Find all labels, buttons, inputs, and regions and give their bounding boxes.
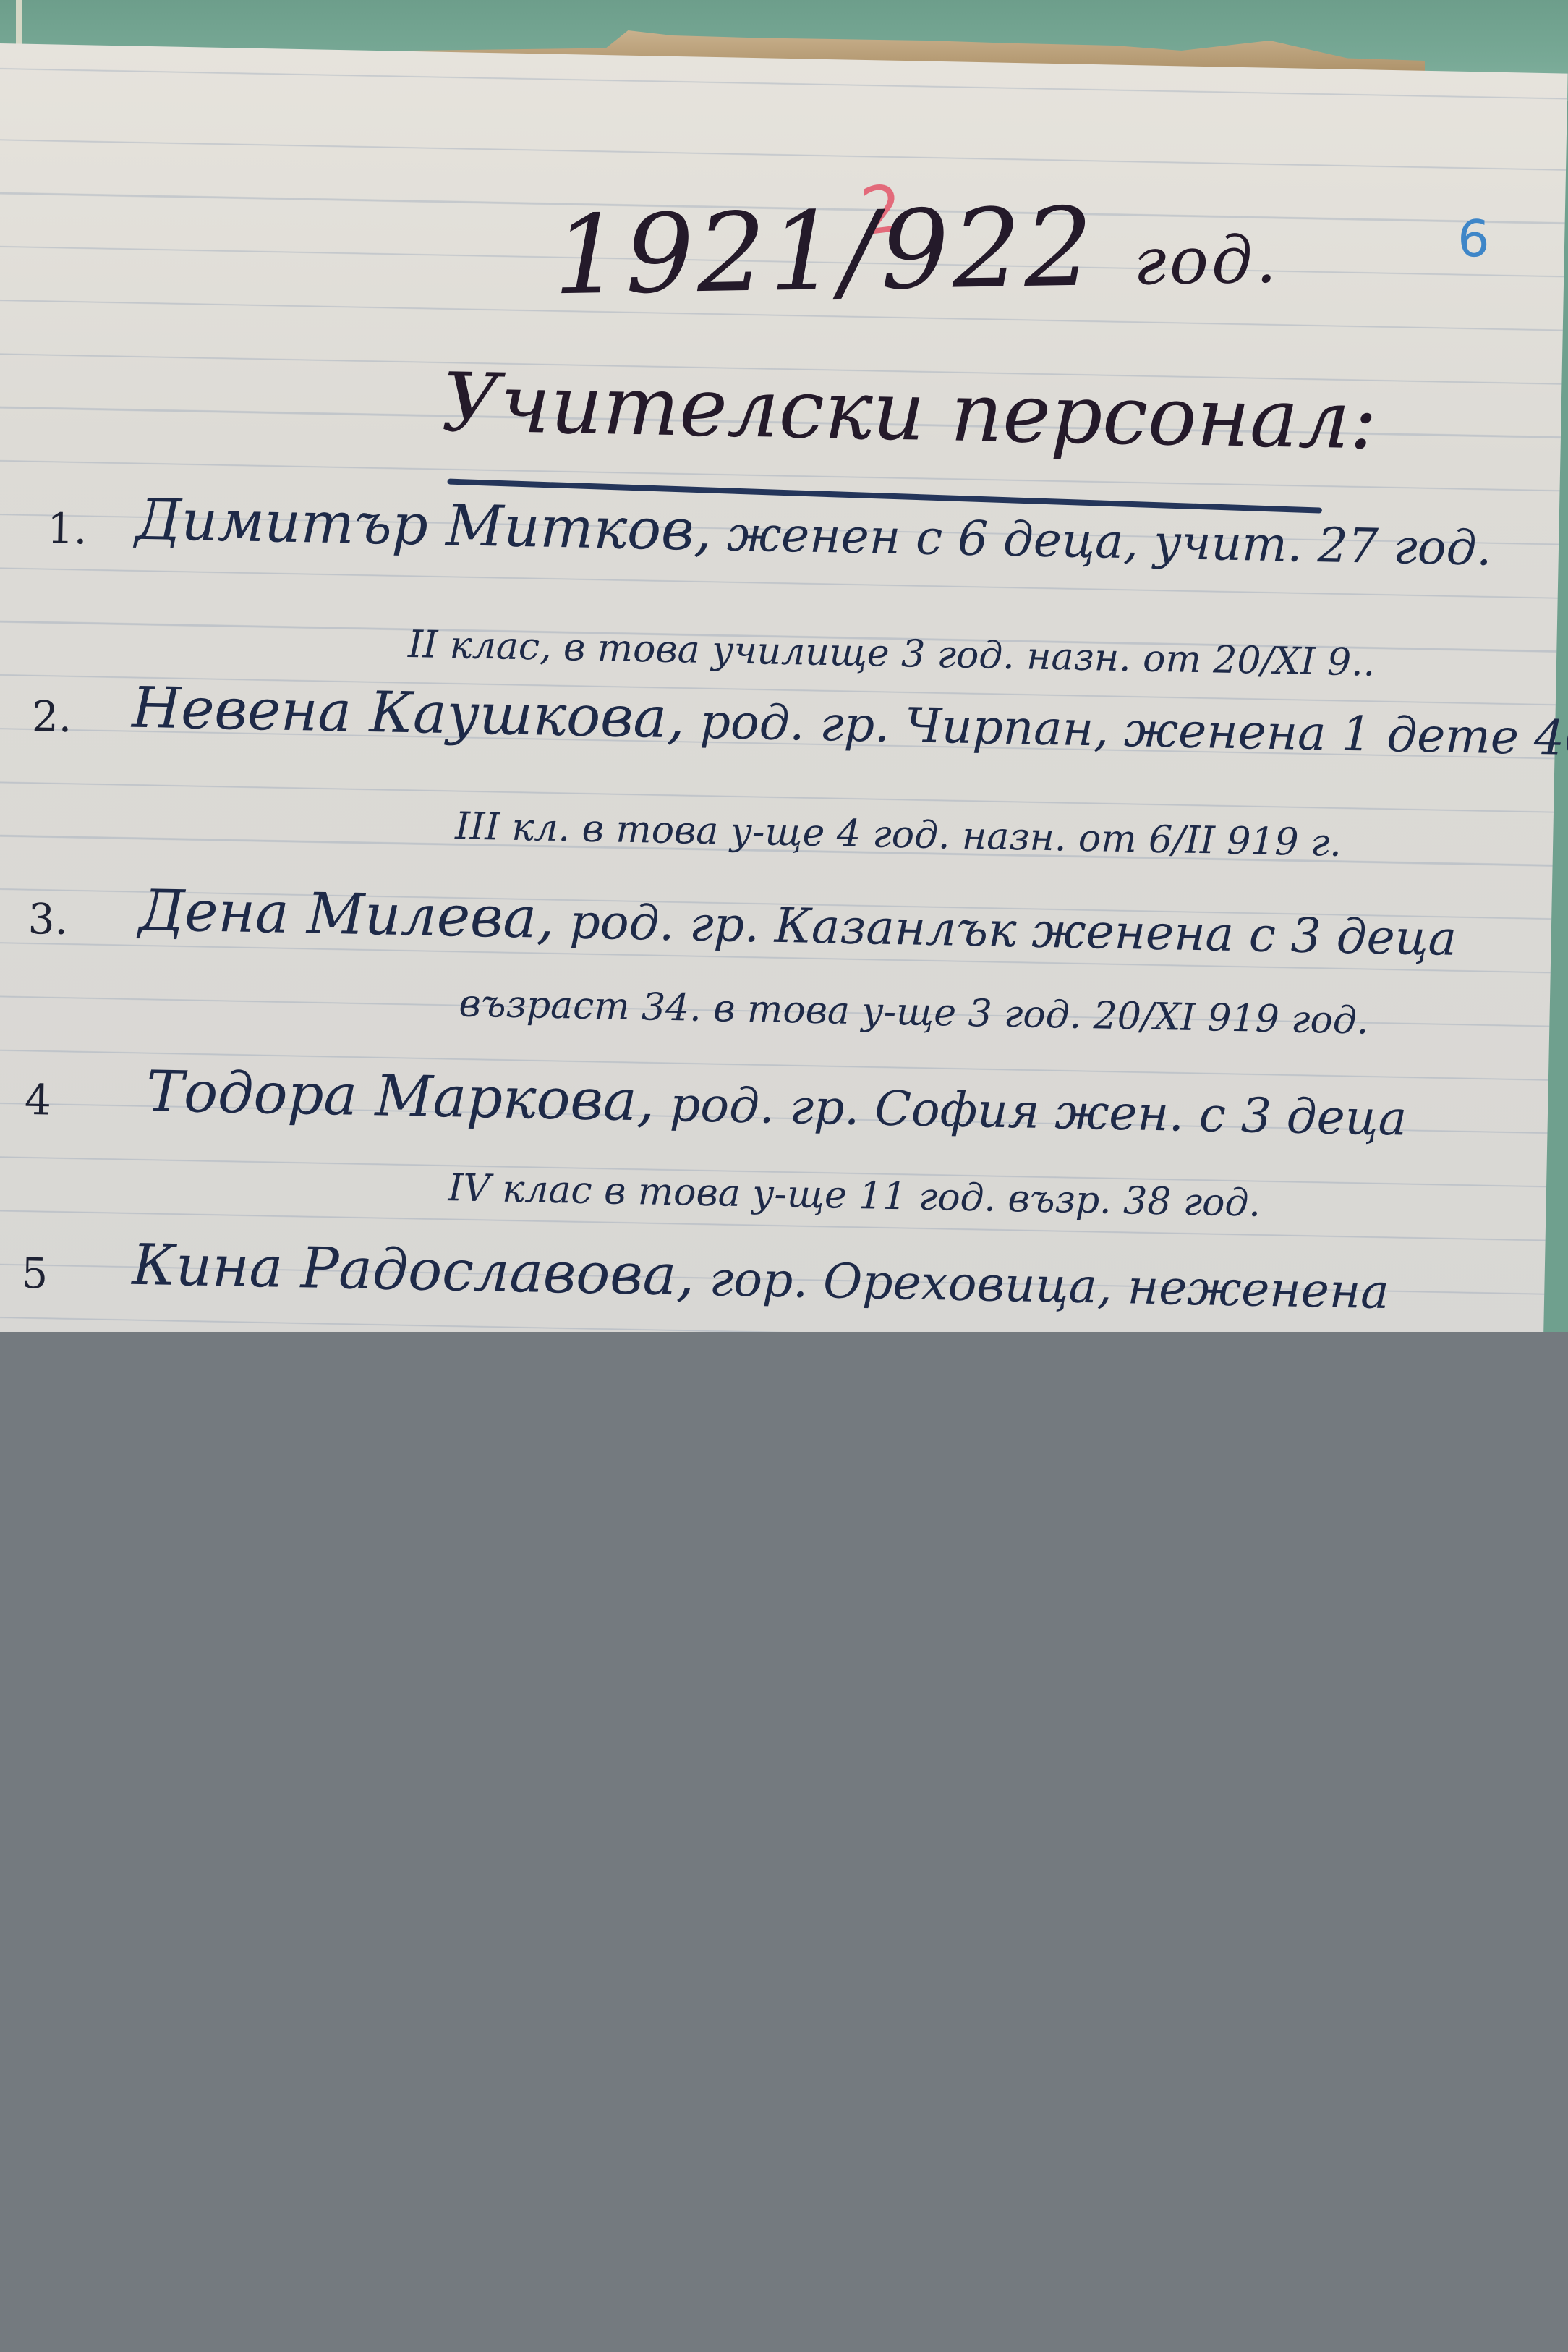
- entry-details: женен с 6 деца, учит. 27 год.: [726, 506, 1492, 576]
- page-number: 6: [1457, 209, 1490, 269]
- teacher-name: Димитър Митков,: [135, 488, 713, 564]
- page-title: Учителски персонал:: [440, 356, 1378, 468]
- document-photo: 2 6 1921/922 год. Учителски персонал: 1.…: [0, 0, 1568, 1332]
- school-year-value: 1921/922: [552, 184, 1096, 319]
- entry-number: 4: [24, 1075, 51, 1125]
- school-year-suffix: год.: [1133, 221, 1279, 300]
- ledger-page: 2 6 1921/922 год. Учителски персонал: 1.…: [0, 43, 1568, 1332]
- entry-details: гор. Ореховица, неженена: [709, 1251, 1389, 1320]
- entry-number: 2.: [32, 692, 73, 742]
- teacher-name: Кина Радославова,: [132, 1233, 695, 1309]
- entry-number: 1.: [46, 504, 88, 553]
- teacher-name: Дена Милева,: [138, 878, 555, 951]
- school-year: 1921/922 год.: [552, 182, 1279, 319]
- entry-number: 3.: [27, 894, 69, 944]
- entry-number: 5: [21, 1249, 48, 1299]
- empty-gray-area: [0, 1332, 1568, 2352]
- entry-details: род. гр. София жен. с 3 деца: [669, 1077, 1407, 1147]
- teacher-name: Невена Каушкова,: [132, 676, 686, 752]
- teacher-name: Тодора Маркова,: [145, 1059, 655, 1134]
